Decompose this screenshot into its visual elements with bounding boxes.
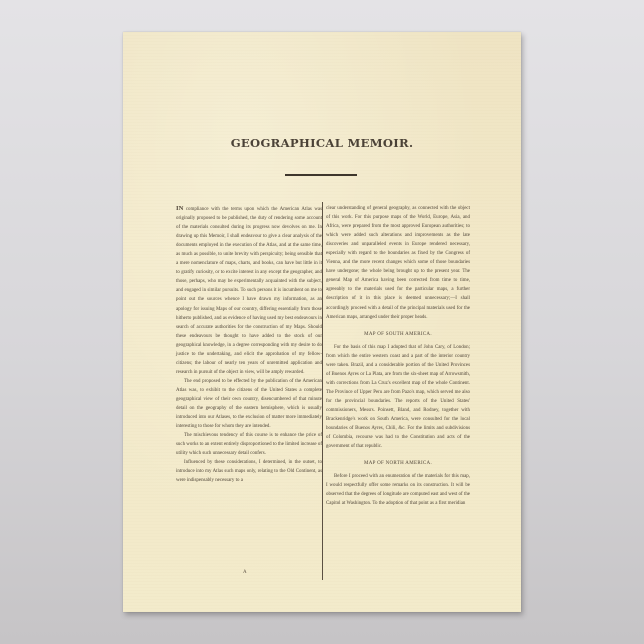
paragraph: clear understanding of general geography… — [326, 204, 470, 322]
section-heading-north-america: MAP OF NORTH AMERICA. — [326, 459, 470, 468]
memoir-page: GEOGRAPHICAL MEMOIR. IN compliance with … — [123, 32, 521, 612]
column-divider — [322, 202, 323, 580]
paragraph: For the basis of this map I adopted that… — [326, 343, 470, 452]
title-rule — [285, 174, 357, 176]
paragraph: The end proposed to be effected by the p… — [176, 377, 322, 431]
paragraph: Influenced by these considerations, I de… — [176, 458, 322, 485]
section-heading-south-america: MAP OF SOUTH AMERICA. — [326, 330, 470, 339]
left-column: IN compliance with the terms upon which … — [176, 204, 322, 485]
signature-mark: A — [243, 570, 247, 575]
paragraph: Before I proceed with an enumeration of … — [326, 472, 470, 508]
right-column: clear understanding of general geography… — [326, 204, 470, 508]
paragraph-text: compliance with the terms upon which the… — [176, 207, 322, 375]
paragraph: The mischievous tendency of this course … — [176, 431, 322, 458]
page-title: GEOGRAPHICAL MEMOIR. — [123, 136, 521, 150]
paragraph: IN compliance with the terms upon which … — [176, 204, 322, 377]
